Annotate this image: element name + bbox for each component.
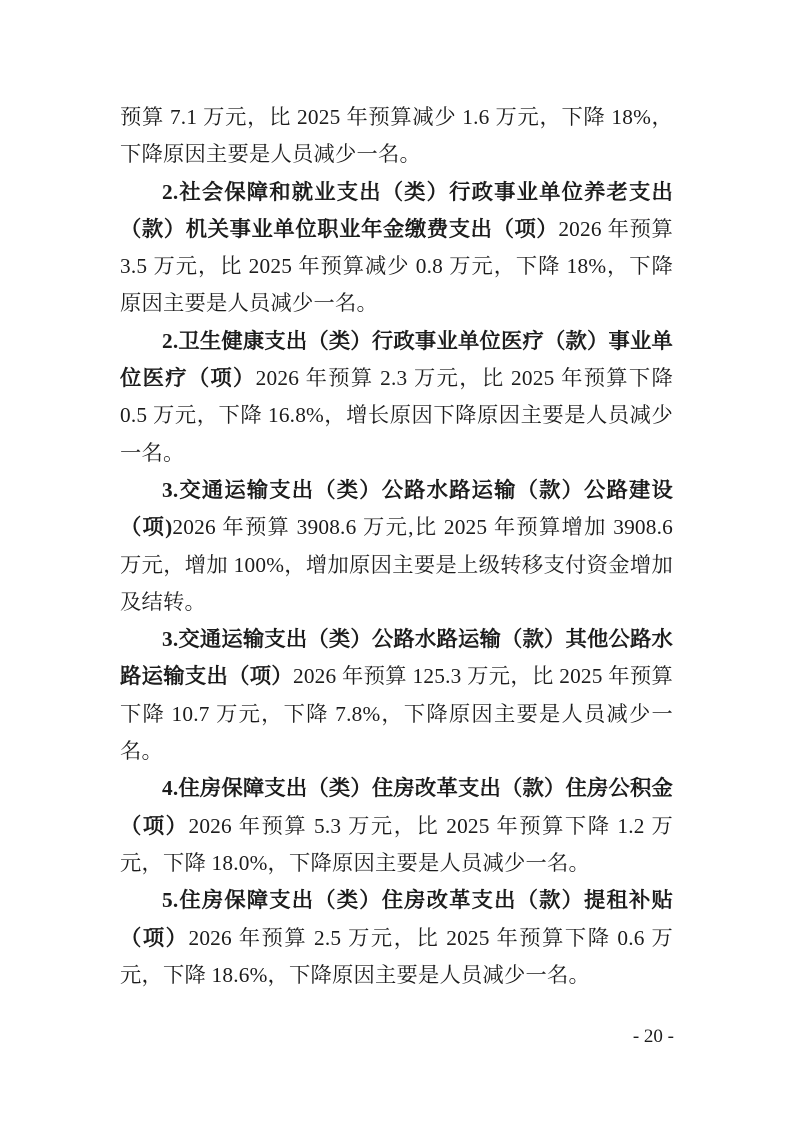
paragraph: 2.社会保障和就业支出（类）行政事业单位养老支出（款）机关事业单位职业年金缴费支… bbox=[120, 174, 673, 323]
paragraph: 5.住房保障支出（类）住房改革支出（款）提租补贴（项）2026 年预算 2.5 … bbox=[120, 882, 673, 994]
paragraph: 4.住房保障支出（类）住房改革支出（款）住房公积金（项）2026 年预算 5.3… bbox=[120, 770, 673, 882]
paragraph: 预算 7.1 万元，比 2025 年预算减少 1.6 万元，下降 18%，下降原… bbox=[120, 99, 673, 174]
budget-item-text-run: 2026 年预算 5.3 万元，比 2025 年预算下降 1.2 万元，下降 1… bbox=[120, 814, 673, 875]
budget-item-text-run: 2026 年预算 3908.6 万元,比 2025 年预算增加 3908.6 万… bbox=[120, 515, 673, 614]
budget-item-text-run: 预算 7.1 万元，比 2025 年预算减少 1.6 万元，下降 18%，下降原… bbox=[120, 105, 673, 166]
page-number: - 20 - bbox=[633, 1026, 674, 1048]
paragraph: 3.交通运输支出（类）公路水路运输（款）公路建设（项)2026 年预算 3908… bbox=[120, 472, 673, 621]
document-page: 预算 7.1 万元，比 2025 年预算减少 1.6 万元，下降 18%，下降原… bbox=[0, 0, 793, 1122]
paragraph: 2.卫生健康支出（类）行政事业单位医疗（款）事业单位医疗（项）2026 年预算 … bbox=[120, 323, 673, 472]
budget-item-text-run: 2026 年预算 2.5 万元，比 2025 年预算下降 0.6 万元，下降 1… bbox=[120, 926, 673, 987]
paragraph: 3.交通运输支出（类）公路水路运输（款）其他公路水路运输支出（项）2026 年预… bbox=[120, 621, 673, 770]
document-body: 预算 7.1 万元，比 2025 年预算减少 1.6 万元，下降 18%，下降原… bbox=[120, 99, 673, 994]
